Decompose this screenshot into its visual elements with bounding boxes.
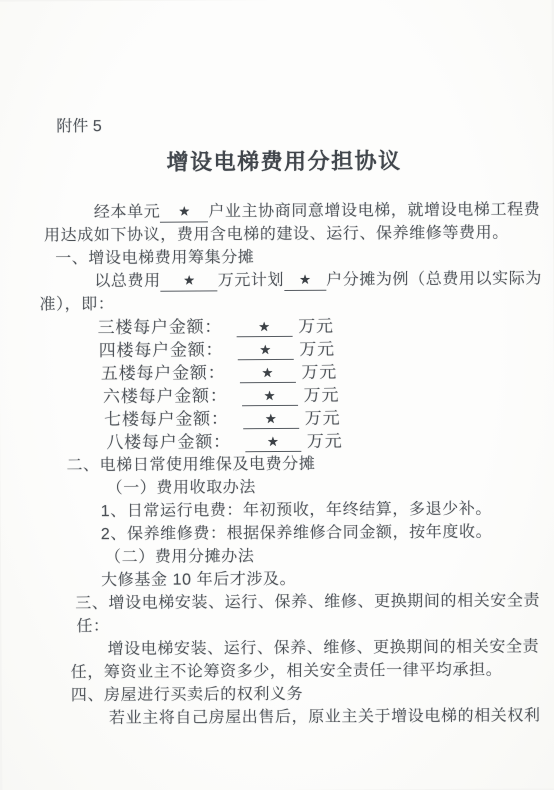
blank-field-amount: ★	[243, 410, 299, 429]
floor-label: 五楼每户金额：	[101, 363, 226, 383]
section-4-body-line-1: 若业主将自己房屋出售后，原业主关于增设电梯的相关权利	[109, 704, 554, 730]
floor-amount-row-8f: 八楼每户金额：★万元	[106, 428, 554, 454]
blank-field-amount: ★	[239, 364, 295, 383]
star-mark: ★	[178, 204, 190, 219]
star-mark: ★	[264, 388, 276, 403]
star-mark: ★	[262, 365, 274, 380]
section-3-heading-line-2: 任：	[76, 612, 554, 638]
intro-paragraph-line-2: 用达成如下协议，费用含电梯的建设、运行、保养维修等费用。	[44, 221, 553, 247]
scanned-document-page: 附件 5 增设电梯费用分担协议 经本单元★户业主协商同意增设电梯，就增设电梯工程…	[0, 0, 554, 790]
floor-amount-row-5f: 五楼每户金额：★万元	[101, 359, 554, 385]
section-3-body-line-2: 任，筹资业主不论筹资多少，相关安全责任一律平均承担。	[71, 658, 554, 684]
unit-label: 万元	[307, 432, 343, 451]
section-1-line-1: 以总费用★万元计划★户分摊为例（总费用以实际为	[94, 267, 553, 293]
unit-label: 万元	[301, 363, 337, 382]
section-1-heading: 一、增设电梯费用筹集分摊	[55, 244, 553, 270]
section-2-item-1: 1、日常运行电费：年初预收，年终结算，多退少补。	[101, 497, 554, 523]
section-2-item-2: 2、保养维修费：根据保养维修合同金额，按年度收。	[101, 520, 554, 546]
unit-label: 万元	[305, 409, 341, 428]
blank-field-total-cost: ★	[161, 272, 218, 291]
section-3-heading-line-1: 三、增设电梯安装、运行、保养、维修、更换期间的相关安全责	[75, 589, 554, 615]
intro-paragraph-line-1: 经本单元★户业主协商同意增设电梯，就增设电梯工程费	[94, 198, 553, 224]
blank-field-households: ★	[160, 203, 208, 222]
star-mark: ★	[259, 342, 271, 357]
blank-field-amount: ★	[236, 318, 292, 337]
floor-label: 六楼每户金额：	[103, 386, 228, 406]
star-mark: ★	[183, 272, 195, 287]
blank-field-amount: ★	[245, 433, 301, 452]
star-mark: ★	[267, 434, 279, 449]
floor-amount-row-7f: 七楼每户金额：★万元	[104, 405, 554, 431]
attachment-label: 附件 5	[56, 114, 552, 137]
blank-field-amount: ★	[242, 387, 298, 406]
text-segment: 万元计划	[218, 272, 285, 289]
blank-field-amount: ★	[237, 341, 293, 360]
star-mark: ★	[258, 319, 270, 334]
blank-field-household-count: ★	[284, 272, 326, 291]
section-2-heading: 二、电梯日常使用维保及电费分摊	[66, 451, 554, 477]
floor-label: 四楼每户金额：	[99, 340, 224, 360]
floor-label: 三楼每户金额：	[98, 317, 223, 337]
floor-amount-row-6f: 六楼每户金额：★万元	[103, 382, 554, 408]
floor-label: 七楼每户金额：	[104, 409, 229, 429]
unit-label: 万元	[299, 340, 335, 359]
section-2-subheading-2: （二）费用分摊办法	[105, 543, 554, 569]
floor-amount-row-4f: 四楼每户金额：★万元	[99, 336, 554, 362]
unit-label: 万元	[304, 386, 340, 405]
section-3-body-line-1: 增设电梯安装、运行、保养、维修、更换期间的相关安全责	[107, 635, 554, 661]
text-segment: 户分摊为例（总费用以实际为	[326, 270, 542, 288]
text-segment: 以总费用	[94, 273, 161, 290]
text-segment: 经本单元	[94, 204, 161, 221]
text-segment: 户业主协商同意增设电梯，就增设电梯工程费	[208, 201, 540, 220]
section-2-subheading-1: （一）费用收取办法	[106, 474, 554, 500]
floor-amount-row-3f: 三楼每户金额：★万元	[98, 313, 554, 339]
document-title: 增设电梯费用分担协议	[166, 145, 552, 177]
floor-label: 八楼每户金额：	[106, 432, 231, 452]
unit-label: 万元	[298, 317, 334, 336]
star-mark: ★	[265, 411, 277, 426]
section-4-heading: 四、房屋进行买卖后的权利义务	[71, 681, 554, 707]
section-1-line-2: 准），即：	[39, 290, 553, 316]
section-2-note: 大修基金 10 年后才涉及。	[101, 566, 554, 592]
star-mark: ★	[299, 272, 311, 287]
